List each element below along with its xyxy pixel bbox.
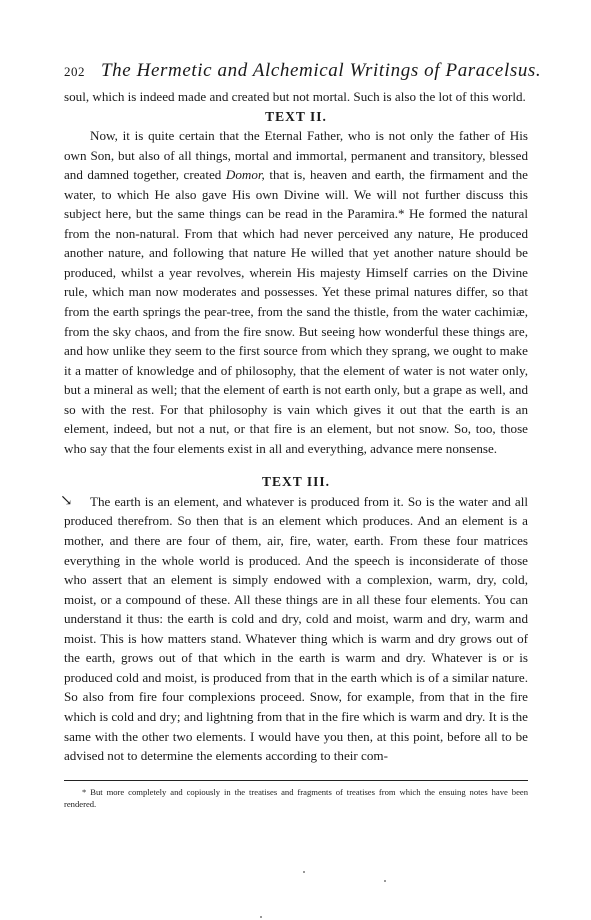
footnote-rule (64, 780, 528, 781)
section-heading-text-ii: TEXT II. (64, 107, 528, 127)
margin-mark-icon: ↘ (60, 492, 73, 512)
text-ii-part-2: that is, heaven and earth, the firmament… (64, 167, 528, 456)
running-head: 202 The Hermetic and Alchemical Writings… (64, 60, 528, 82)
footnote-marker: * (82, 787, 86, 797)
running-title: The Hermetic and Alchemical Writings of … (101, 60, 541, 82)
scan-speck (260, 916, 262, 918)
scan-speck (303, 871, 305, 873)
text-iii-paragraph: The earth is an element, and whatever is… (64, 492, 528, 766)
text-iii-block: ↘ The earth is an element, and whatever … (64, 492, 528, 766)
footnote: * But more completely and copiously in t… (64, 786, 528, 810)
page-number: 202 (64, 64, 85, 80)
footnote-text: But more completely and copiously in the… (64, 787, 528, 809)
section-heading-text-iii: TEXT III. (64, 472, 528, 492)
continuation-paragraph: soul, which is indeed made and created b… (64, 87, 528, 107)
scan-speck (384, 880, 386, 882)
book-page: 202 The Hermetic and Alchemical Writings… (64, 60, 528, 810)
emphasis-domor: Domor, (226, 167, 265, 182)
text-ii-paragraph: Now, it is quite certain that the Eterna… (64, 126, 528, 458)
